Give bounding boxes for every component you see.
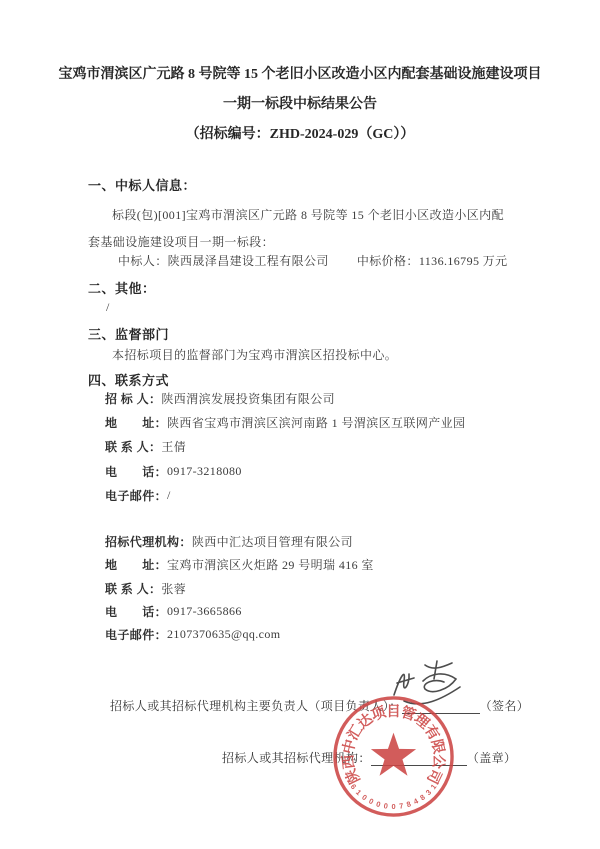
tenderer-value: 陕西渭滨发展投资集团有限公司 (161, 390, 335, 407)
svg-text:8: 8 (418, 793, 427, 803)
tender-number: （招标编号：ZHD-2024-029（GC）） (0, 120, 600, 150)
agency-row: 电子邮件：2107370635@qq.com (105, 623, 374, 646)
title-line-1: 宝鸡市渭滨区广元路 8 号院等 15 个老旧小区改造小区内配套基础设施建设项目 (0, 60, 600, 90)
title-line-2: 一期一标段中标结果公告 (0, 90, 600, 120)
svg-text:1: 1 (354, 788, 363, 797)
agency-phone-label: 电 话： (105, 603, 167, 620)
svg-text:8: 8 (405, 799, 412, 809)
address-label: 地 址： (105, 414, 167, 431)
winner-label: 中标人： (118, 254, 168, 268)
email-value: / (167, 488, 171, 503)
tenderer-label: 招 标 人： (105, 390, 161, 407)
document-title: 宝鸡市渭滨区广元路 8 号院等 15 个老旧小区改造小区内配套基础设施建设项目 … (0, 60, 600, 150)
agency-address-label: 地 址： (105, 556, 167, 573)
section-3-heading: 三、监督部门 (88, 324, 169, 343)
agency-row: 联 系 人：张蓉 (105, 577, 374, 600)
agency-label: 招标代理机构： (105, 533, 192, 550)
price-value: 1136.16795 万元 (419, 254, 508, 268)
seal-star-icon (371, 733, 416, 776)
email-label: 电子邮件： (105, 487, 167, 504)
agency-contact-label: 联 系 人： (105, 580, 161, 597)
section-2-heading: 二、其他： (88, 278, 156, 297)
phone-value: 0917-3218080 (167, 464, 242, 479)
section-2-content: / (106, 300, 110, 315)
section-1-heading: 一、中标人信息： (88, 175, 196, 194)
agency-email-value: 2107370635@qq.com (167, 627, 281, 642)
contact-person-label: 联 系 人： (105, 438, 161, 455)
agency-phone-value: 0917-3665866 (167, 604, 242, 619)
phone-label: 电 话： (105, 463, 167, 480)
svg-text:0: 0 (391, 802, 395, 811)
price-label: 中标价格： (357, 254, 419, 268)
tenderer-row: 电子邮件：/ (105, 483, 465, 507)
agency-contact-value: 张蓉 (161, 580, 186, 597)
tenderer-row: 地 址：陕西省宝鸡市渭滨区滨河南路 1 号渭滨区互联网产业园 (105, 410, 465, 434)
lot-paragraph: 标段(包)[001]宝鸡市渭滨区广元路 8 号院等 15 个老旧小区改造小区内配… (88, 202, 516, 256)
agency-contact-block: 招标代理机构：陕西中汇达项目管理有限公司 地 址：宝鸡市渭滨区火炬路 29 号明… (105, 530, 374, 646)
section-3-content: 本招标项目的监督部门为宝鸡市渭滨区招投标中心。 (112, 346, 397, 363)
tenderer-row: 联 系 人：王倩 (105, 435, 465, 459)
agency-row: 招标代理机构：陕西中汇达项目管理有限公司 (105, 530, 374, 553)
tenderer-contact-block: 招 标 人：陕西渭滨发展投资集团有限公司 地 址：陕西省宝鸡市渭滨区滨河南路 1… (105, 386, 465, 507)
announcement-page: 宝鸡市渭滨区广元路 8 号院等 15 个老旧小区改造小区内配套基础设施建设项目 … (0, 0, 600, 849)
svg-text:目: 目 (386, 703, 400, 720)
svg-text:3: 3 (424, 788, 433, 797)
winner-line: 中标人：陕西晟泽昌建设工程有限公司中标价格：1136.16795 万元 (118, 252, 518, 269)
company-seal: 陕西中汇达项目管理有限公司 6100000784831 (329, 692, 458, 821)
svg-text:0: 0 (383, 801, 388, 811)
contact-person-value: 王倩 (161, 438, 186, 455)
svg-text:0: 0 (375, 799, 382, 809)
svg-text:7: 7 (399, 801, 404, 811)
signature-line2-suffix: （盖章） (467, 749, 517, 766)
agency-email-label: 电子邮件： (105, 626, 167, 643)
agency-row: 地 址：宝鸡市渭滨区火炬路 29 号明瑞 416 室 (105, 553, 374, 576)
agency-address-value: 宝鸡市渭滨区火炬路 29 号明瑞 416 室 (167, 556, 374, 573)
tenderer-row: 电 话：0917-3218080 (105, 459, 465, 483)
signature-line1-suffix: （签名） (480, 697, 530, 714)
svg-text:0: 0 (360, 793, 369, 803)
agency-value: 陕西中汇达项目管理有限公司 (192, 533, 353, 550)
address-value: 陕西省宝鸡市渭滨区滨河南路 1 号渭滨区互联网产业园 (167, 414, 465, 431)
agency-row: 电 话：0917-3665866 (105, 600, 374, 623)
svg-text:0: 0 (367, 796, 375, 806)
tenderer-row: 招 标 人：陕西渭滨发展投资集团有限公司 (105, 386, 465, 410)
winner-value: 陕西晟泽昌建设工程有限公司 (168, 254, 329, 268)
